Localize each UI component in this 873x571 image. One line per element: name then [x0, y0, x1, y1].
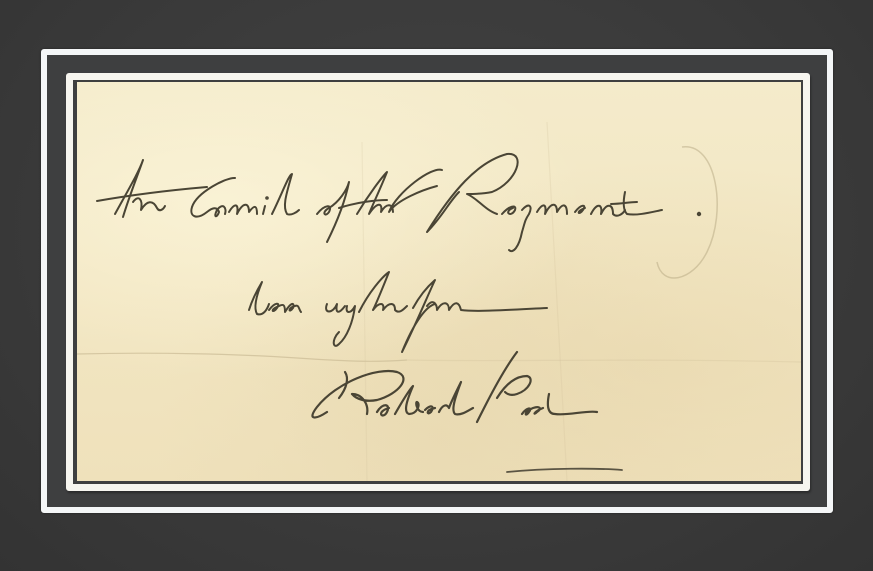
- handwriting-layer: [77, 82, 801, 481]
- handwriting-line-1: [97, 154, 700, 251]
- faint-postmark: [657, 147, 717, 278]
- signature-robert-peel: [312, 352, 597, 422]
- handwriting-line-2: [249, 272, 547, 352]
- signature-underline: [507, 469, 622, 472]
- document-paper: The Colonel of the Regiment. Free My She…: [77, 82, 801, 481]
- paper-creases: [77, 122, 801, 481]
